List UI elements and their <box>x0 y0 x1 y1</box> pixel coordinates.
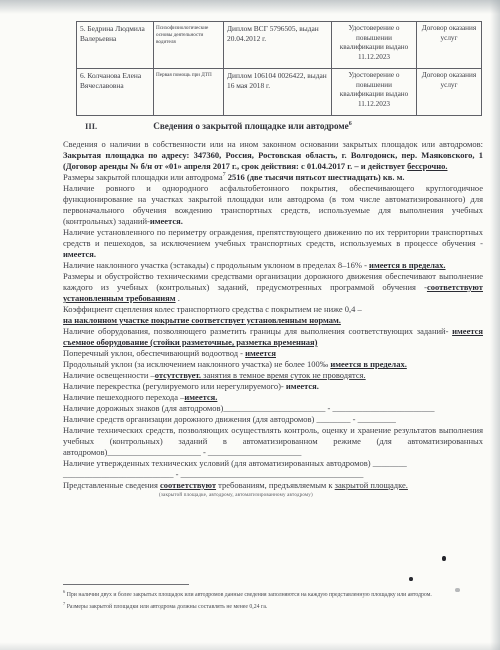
text-segment: закрытой площадке. <box>335 480 408 490</box>
paragraph-crosswalk: Наличие пешеходного перехода –имеется. <box>63 392 483 403</box>
paragraph-tech-means: Наличие технических средств, позволяющих… <box>63 425 483 458</box>
table-row: 6. Колчанова Елена ВячеславовнаПервая по… <box>77 69 482 116</box>
text-segment: Наличие пешеходного перехода – <box>63 392 184 402</box>
paragraph-conclusion-note: (закрытой площадке, автодрому, автоматиз… <box>63 491 483 500</box>
text-segment: имеется в пределах. <box>330 359 406 369</box>
paragraph-blank-line: __________________________ - ___________… <box>63 469 483 480</box>
text-segment: Наличие наклонного участка (эстакады) с … <box>63 260 369 270</box>
paragraph-fence: Наличие установленного по периметру огра… <box>63 227 483 260</box>
text-segment: отсутствует. <box>155 370 201 380</box>
text-segment: соответствуют <box>160 480 216 490</box>
text-segment: имеется в пределах. <box>369 260 445 270</box>
paragraph-intersection: Наличие перекрестка (регулируемого или н… <box>63 381 483 392</box>
scan-edge-bottom <box>0 642 500 650</box>
table-cell: Договор оказания услуг <box>417 22 482 69</box>
paragraph-availability: Сведения о наличии в собственности или н… <box>63 139 483 172</box>
table-cell: Удостоверение о повышении квалификации в… <box>332 22 417 69</box>
text-segment: Наличие утвержденных технических условий… <box>63 458 373 468</box>
section-number: III. <box>85 121 97 131</box>
text-segment: бессрочно. <box>407 161 447 171</box>
footnotes: 6 При наличии двух и более закрытых площ… <box>63 584 483 611</box>
paragraph-ramp: Наличие наклонного участка (эстакады) с … <box>63 260 483 271</box>
text-segment: Сведения о наличии в собственности или н… <box>63 139 483 149</box>
paragraph-road-signs: Наличие дорожных знаков (для автодромов)… <box>63 403 483 414</box>
paragraph-marking-equipment: Наличие оборудования, позволяющего разме… <box>63 326 483 348</box>
paragraph-friction: Коэффициент сцепления колес транспортног… <box>63 304 483 315</box>
paragraph-friction-answer: на наклонном участке покрытие соответств… <box>63 315 483 326</box>
text-segment: Наличие ровного и однородного асфальтобе… <box>63 183 483 226</box>
text-segment: ________________________ - _____________… <box>223 403 434 413</box>
staff-qualification-table: 5. Бедрина Людмила ВалерьевнаПсихофизиол… <box>76 21 482 116</box>
table-cell: Первая помощь при ДТП <box>154 69 224 116</box>
footnote: 7 Размеры закрытой площадки или автодром… <box>63 600 483 612</box>
footnote-text: При наличии двух и более закрытых площад… <box>65 592 432 598</box>
table-cell: Договор оказания услуг <box>417 69 482 116</box>
table-cell: Психофизиологические основы деятельности… <box>154 22 224 69</box>
table-cell: 5. Бедрина Людмила Валерьевна <box>77 22 154 69</box>
document-body: Сведения о наличии в собственности или н… <box>63 139 483 500</box>
scanned-document-page: 5. Бедрина Людмила ВалерьевнаПсихофизиол… <box>0 0 500 650</box>
text-segment: __________________________ - ___________… <box>63 469 363 479</box>
text-segment: . <box>176 293 180 303</box>
ink-speck <box>409 577 413 581</box>
paragraph-conclusion: Представленные сведения соответствуют тр… <box>63 480 483 491</box>
footnote-text: Размеры закрытой площадки или автодрома … <box>65 604 267 610</box>
paragraph-traffic-org-means: Наличие средств организации дорожного дв… <box>63 414 483 425</box>
text-segment: имеется <box>245 348 276 358</box>
text-segment: ______________________ - _______________… <box>107 447 301 457</box>
section-heading: III. Сведения о закрытой площадке или ав… <box>63 121 483 131</box>
text-segment: Наличие освещенности – <box>63 370 155 380</box>
footnote: 6 При наличии двух и более закрытых площ… <box>63 588 483 600</box>
text-segment: занятия в темное время суток не проводят… <box>201 370 366 380</box>
text-segment: на наклонном участке покрытие соответств… <box>63 315 341 325</box>
paragraph-size: Размеры закрытой площадки или автодрома7… <box>63 172 483 183</box>
ink-speck <box>442 556 446 561</box>
text-segment: Наличие установленного по периметру огра… <box>63 227 483 248</box>
text-segment: Размеры закрытой площадки или автодрома <box>63 172 223 182</box>
section-footnote-ref: 6 <box>349 121 352 127</box>
text-segment: Коэффициент сцепления колес транспортног… <box>63 304 362 314</box>
paragraph-tech-conditions: Наличие утвержденных технических условий… <box>63 458 483 469</box>
text-segment: (закрытой площадке, автодрому, автоматиз… <box>159 493 313 498</box>
footnote-list: 6 При наличии двух и более закрытых площ… <box>63 588 483 611</box>
text-segment: 2516 (две тысячи пятьсот шестнадцать) кв… <box>228 172 405 182</box>
text-segment: ________ <box>373 458 407 468</box>
section-title-text: Сведения о закрытой площадке или автодро… <box>153 121 349 131</box>
table-cell: Диплом ВСГ 5796505, выдан 20.04.2012 г. <box>224 22 332 69</box>
paragraph-lighting: Наличие освещенности –отсутствует. занят… <box>63 370 483 381</box>
table-cell: 6. Колчанова Елена Вячеславовна <box>77 69 154 116</box>
text-segment: Размеры и обустройство техническими сред… <box>63 271 483 292</box>
text-segment: Наличие оборудования, позволяющего разме… <box>63 326 452 336</box>
paragraph-long-slope: Продольный уклон (за исключением наклонн… <box>63 359 483 370</box>
text-segment: ________ - _________ <box>317 414 396 424</box>
table-cell: Удостоверение о повышении квалификации в… <box>332 69 417 116</box>
section-title: Сведения о закрытой площадке или автодро… <box>153 121 352 131</box>
staff-table-body: 5. Бедрина Людмила ВалерьевнаПсихофизиол… <box>77 22 482 116</box>
text-segment: имеется. <box>184 392 217 402</box>
table-cell: Диплом 106104 0026422, выдан 16 мая 2018… <box>224 69 332 116</box>
scan-edge-right <box>490 0 500 650</box>
table-row: 5. Бедрина Людмила ВалерьевнаПсихофизиол… <box>77 22 482 69</box>
text-segment: Наличие перекрестка (регулируемого или н… <box>63 381 286 391</box>
paragraph-cross-slope: Поперечный уклон, обеспечивающий водоотв… <box>63 348 483 359</box>
paragraph-traffic-equipment: Размеры и обустройство техническими сред… <box>63 271 483 304</box>
paragraph-surface: Наличие ровного и однородного асфальтобе… <box>63 183 483 227</box>
text-segment: имеется. <box>63 249 96 259</box>
text-segment: Наличие дорожных знаков (для автодромов) <box>63 403 223 413</box>
footnote-divider <box>63 584 189 585</box>
text-segment: Поперечный уклон, обеспечивающий водоотв… <box>63 348 245 358</box>
text-segment: имеется. <box>150 216 183 226</box>
scan-edge-top <box>0 0 500 14</box>
text-segment: Продольный уклон (за исключением наклонн… <box>63 359 330 369</box>
text-segment: требованиям, предъявляемым к <box>216 480 335 490</box>
text-segment: Наличие средств организации дорожного дв… <box>63 414 317 424</box>
text-segment: имеется. <box>286 381 319 391</box>
ink-speck <box>455 588 460 592</box>
text-segment: Представленные сведения <box>63 480 160 490</box>
